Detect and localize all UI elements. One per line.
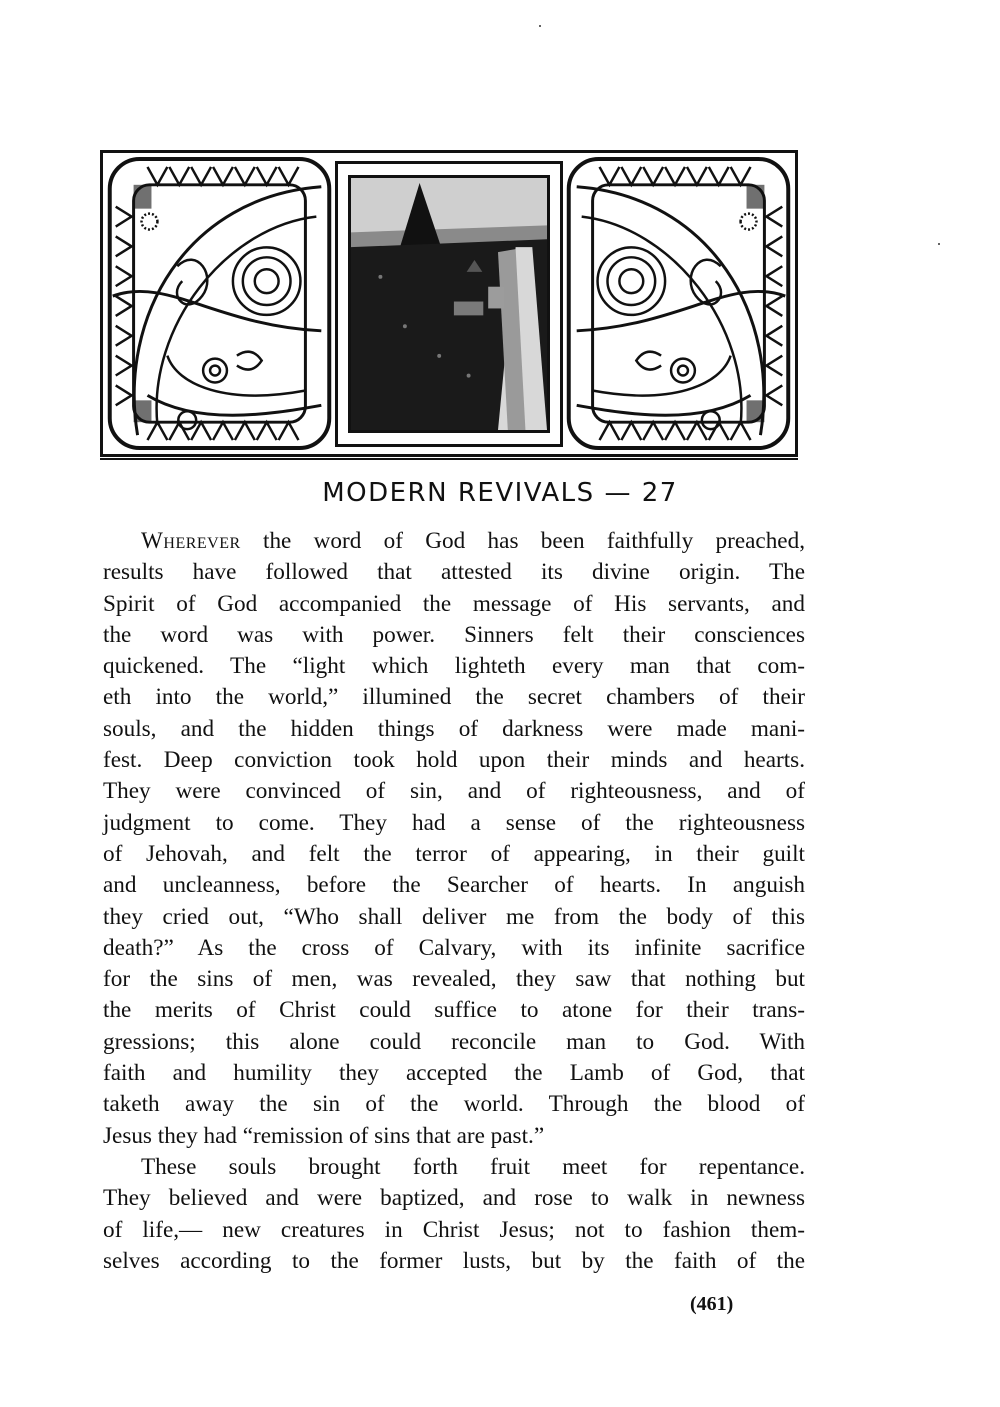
chapter-header-illustration <box>100 150 798 457</box>
text-line: the word was with power. Sinners felt th… <box>103 620 805 651</box>
text-line: of Jehovah, and felt the terror of appea… <box>103 839 805 870</box>
drop-lead-word: Wherever <box>141 528 241 554</box>
scan-speck <box>938 243 940 245</box>
text-line: Spirit of God accompanied the message of… <box>103 589 805 620</box>
text-line: souls, and the hidden things of darkness… <box>103 714 805 745</box>
text-line: taketh away the sin of the world. Throug… <box>103 1089 805 1120</box>
scan-speck <box>539 25 541 27</box>
text-line: judgment to come. They had a sense of th… <box>103 808 805 839</box>
paragraph-1: Wherever the word of God has been faithf… <box>103 526 805 1152</box>
text-line: quickened. The “light which lighteth eve… <box>103 651 805 682</box>
paragraph-2: These souls brought forth fruit meet for… <box>103 1152 805 1277</box>
text-line: gressions; this alone could reconcile ma… <box>103 1027 805 1058</box>
scroll-ornament-icon <box>107 157 332 450</box>
text-line: fest. Deep conviction took hold upon the… <box>103 745 805 776</box>
text-line: eth into the world,” illumined the secre… <box>103 682 805 713</box>
body-text: Wherever the word of God has been faithf… <box>103 526 805 1277</box>
text-line: results have followed that attested its … <box>103 557 805 588</box>
header-rule <box>100 458 798 460</box>
text-line: they cried out, “Who shall deliver me fr… <box>103 902 805 933</box>
text-line: They believed and were baptized, and ros… <box>103 1183 805 1214</box>
right-ornament-panel <box>566 157 791 450</box>
left-ornament-panel <box>107 157 332 450</box>
page-number: (461) <box>690 1293 733 1316</box>
text-line: for the sins of men, was revealed, they … <box>103 964 805 995</box>
text-line: and uncleanness, before the Searcher of … <box>103 870 805 901</box>
chapter-title: MODERN REVIVALS — 27 <box>0 478 1000 508</box>
text-line: Wherever the word of God has been faithf… <box>103 526 805 557</box>
text-line: the merits of Christ could suffice to at… <box>103 995 805 1026</box>
text-line: Jesus they had “remission of sins that a… <box>103 1121 805 1152</box>
text-line: selves according to the former lusts, bu… <box>103 1246 805 1277</box>
text-line: death?” As the cross of Calvary, with it… <box>103 933 805 964</box>
text-line: of life,— new creatures in Christ Jesus;… <box>103 1215 805 1246</box>
church-photo <box>348 175 550 433</box>
photo-frame <box>335 161 563 447</box>
text-line: These souls brought forth fruit meet for… <box>103 1152 805 1183</box>
text-line: They were convinced of sin, and of right… <box>103 776 805 807</box>
church-steeple-image-icon <box>351 178 547 430</box>
text-line: faith and humility they accepted the Lam… <box>103 1058 805 1089</box>
scroll-ornament-icon <box>566 157 791 450</box>
